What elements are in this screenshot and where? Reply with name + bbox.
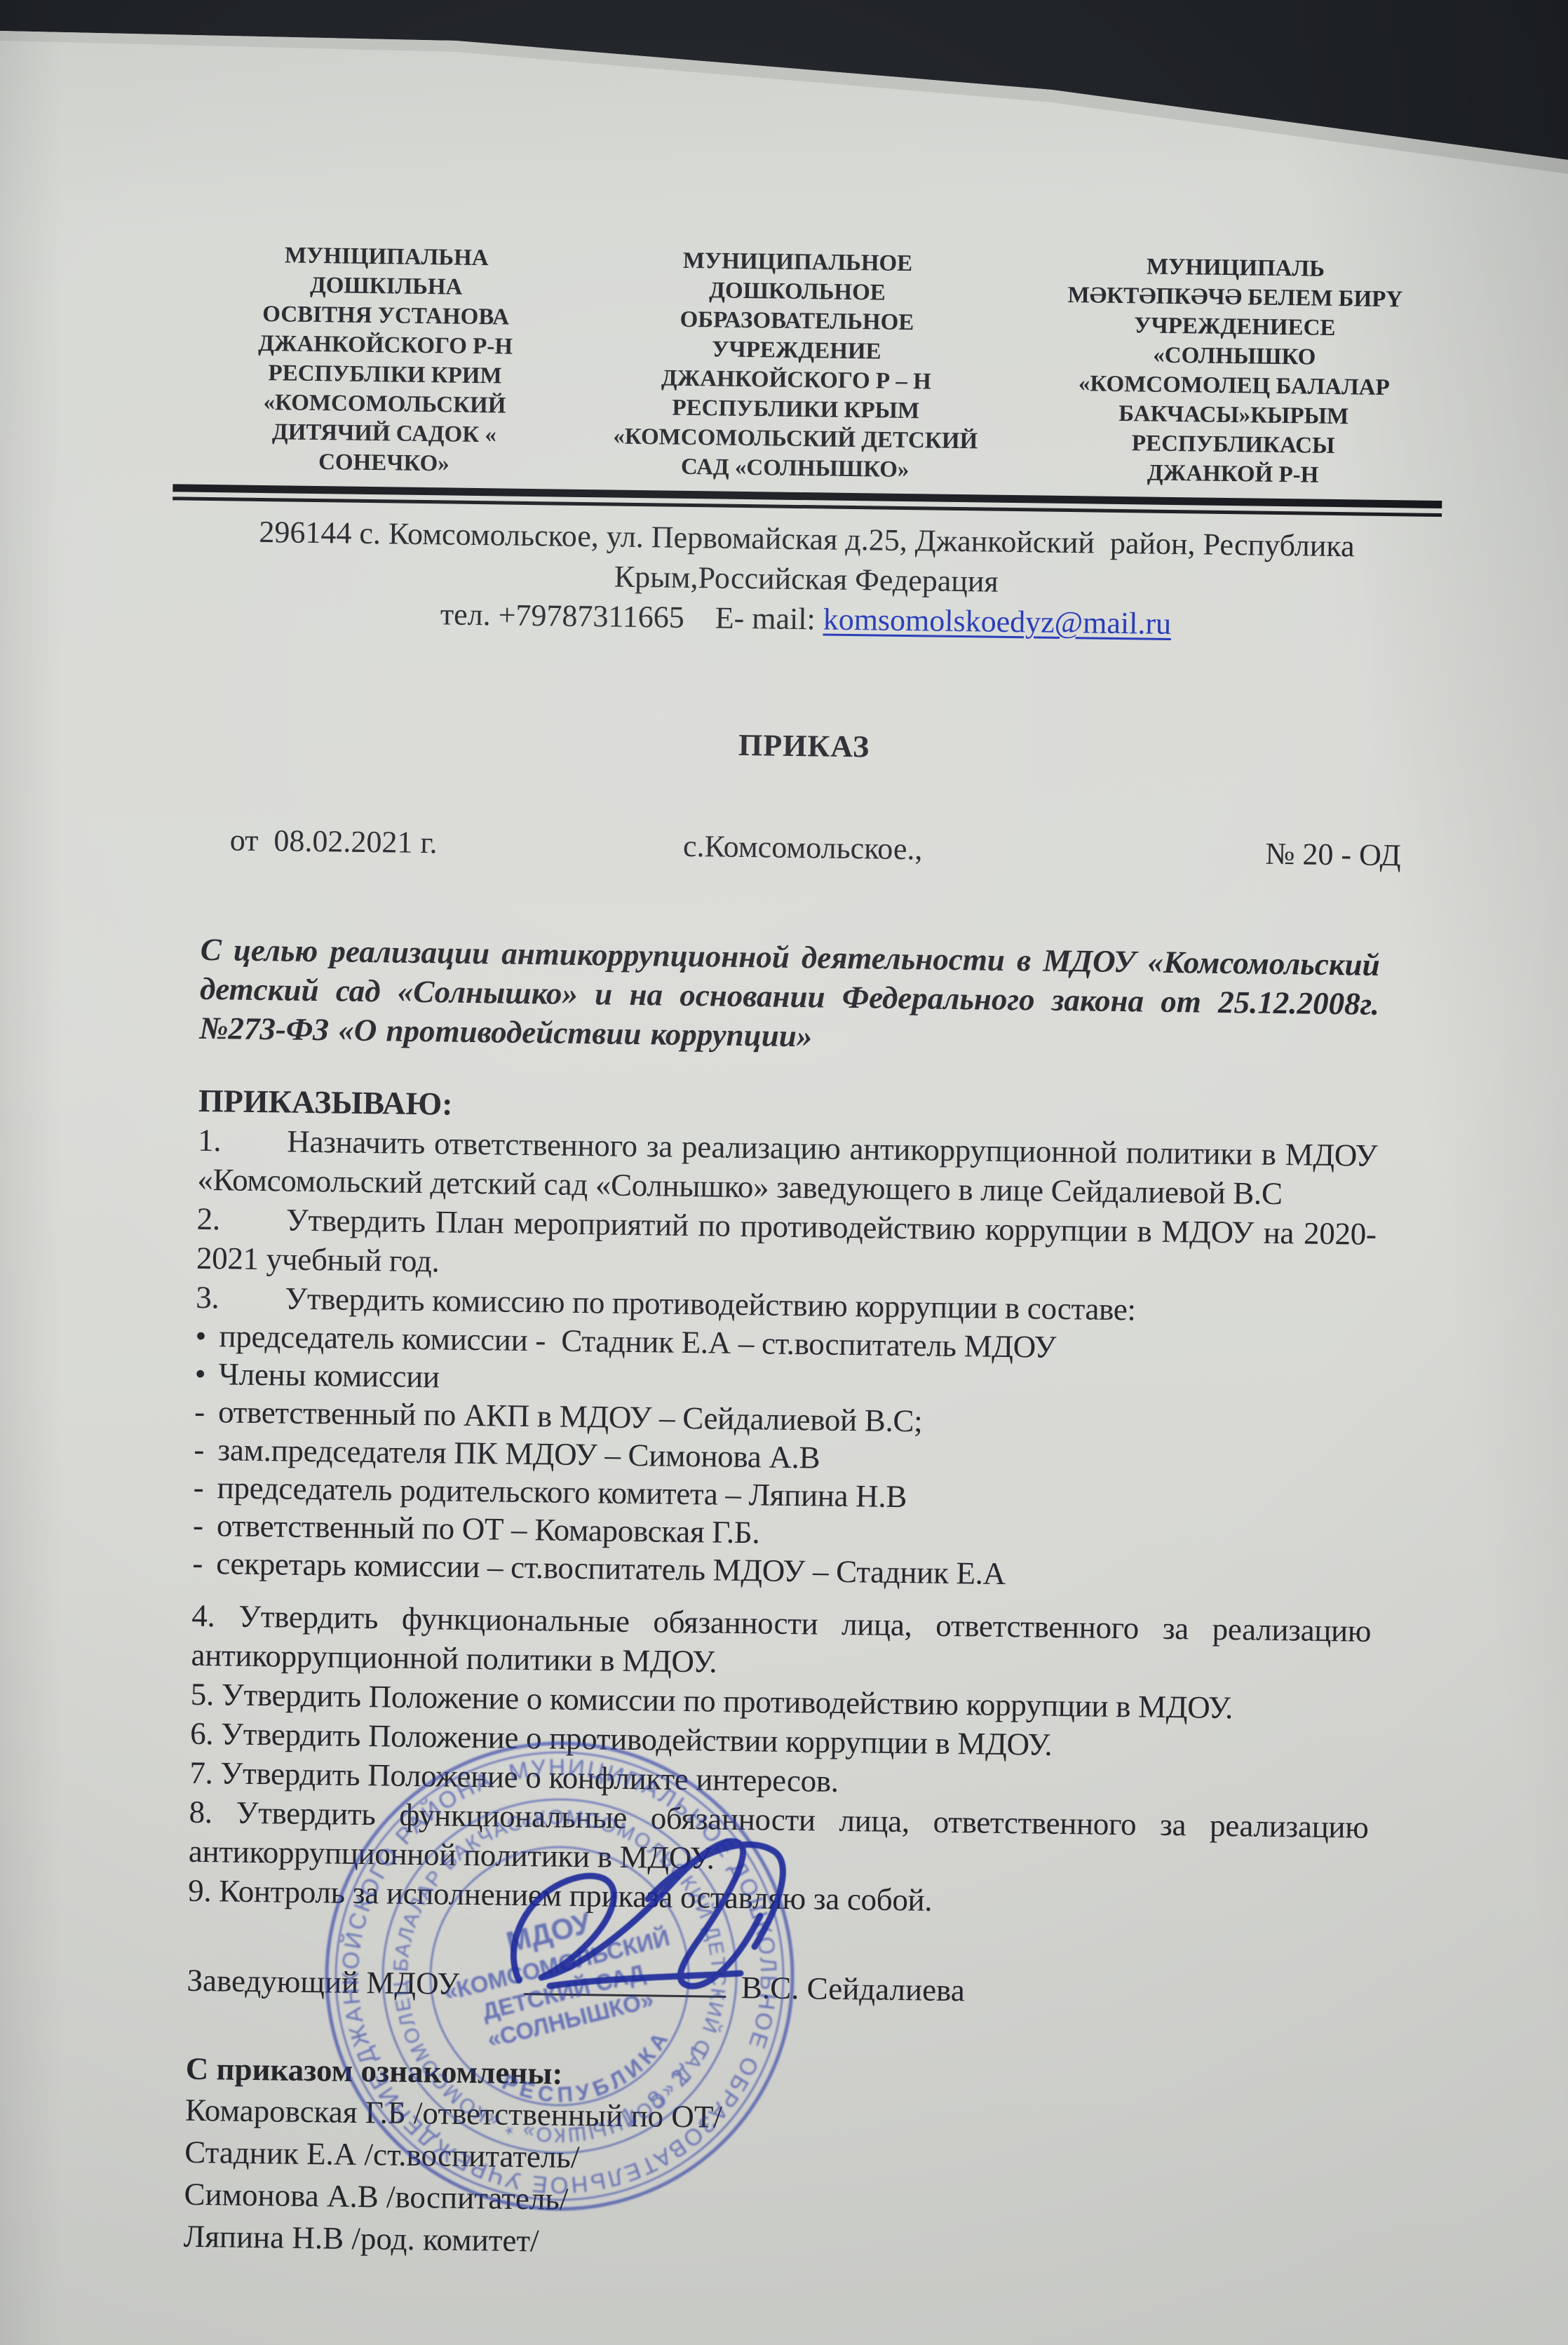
order-date: от 08.02.2021 г. — [168, 820, 587, 865]
order-number: № 20 - ОД — [1018, 831, 1438, 876]
item-number: 1. — [198, 1123, 222, 1158]
dash-icon: - — [194, 1431, 218, 1468]
phone-label: тел. +79787311665 E- mail: — [440, 597, 823, 636]
item-number: 3. — [196, 1280, 219, 1315]
org-header: МУНІЦИПАЛЬНА ДОШКІЛЬНА ОСВІТНЯ УСТАНОВА … — [173, 239, 1445, 492]
order-item-4: 4. Утвердить функциональные обязанности … — [191, 1596, 1371, 1690]
org-address: 296144 с. Комсомольское, ул. Первомайска… — [171, 511, 1442, 647]
order-title: ПРИКАЗ — [169, 719, 1439, 772]
photo-background-edge — [0, 0, 1568, 175]
org-name-russian: МУНИЦИПАЛЬНОЕ ДОШКОЛЬНОЕ ОБРАЗОВАТЕЛЬНОЕ… — [567, 245, 1027, 487]
dash-icon: - — [193, 1506, 217, 1544]
order-place: с.Комсомольское., — [587, 825, 1019, 870]
handwritten-signature — [482, 1820, 812, 2024]
item-number: 2. — [196, 1201, 220, 1236]
document-page: МУНІЦИПАЛЬНА ДОШКІЛЬНА ОСВІТНЯ УСТАНОВА … — [0, 0, 1568, 2345]
org-name-ukrainian: МУНІЦИПАЛЬНА ДОШКІЛЬНА ОСВІТНЯ УСТАНОВА … — [173, 239, 569, 480]
document-photo: { "colors": { "paper": "#d7d9d5", "ink":… — [0, 0, 1568, 2345]
order-item-2: 2.Утвердить План мероприятий по противод… — [196, 1199, 1377, 1293]
bullet-icon: • — [195, 1317, 219, 1355]
org-name-crimean-tatar: МУНИЦИПАЛЬ МӘКТӘПКӘЧӘ БЕЛЕМ БИРҮ УЧРЕЖДЕ… — [1023, 250, 1445, 492]
dash-icon: - — [194, 1393, 219, 1431]
order-item-1: 1.Назначить ответственного за реализацию… — [197, 1121, 1377, 1215]
order-meta-row: от 08.02.2021 г. с.Комсомольское., № 20 … — [168, 820, 1438, 876]
dash-icon: - — [192, 1544, 217, 1582]
dash-icon: - — [193, 1468, 217, 1506]
email-link[interactable]: komsomolskoedyz@mail.ru — [823, 602, 1171, 640]
order-preamble: С целью реализации антикоррупционной дея… — [199, 930, 1380, 1063]
bullet-icon: • — [195, 1355, 219, 1393]
